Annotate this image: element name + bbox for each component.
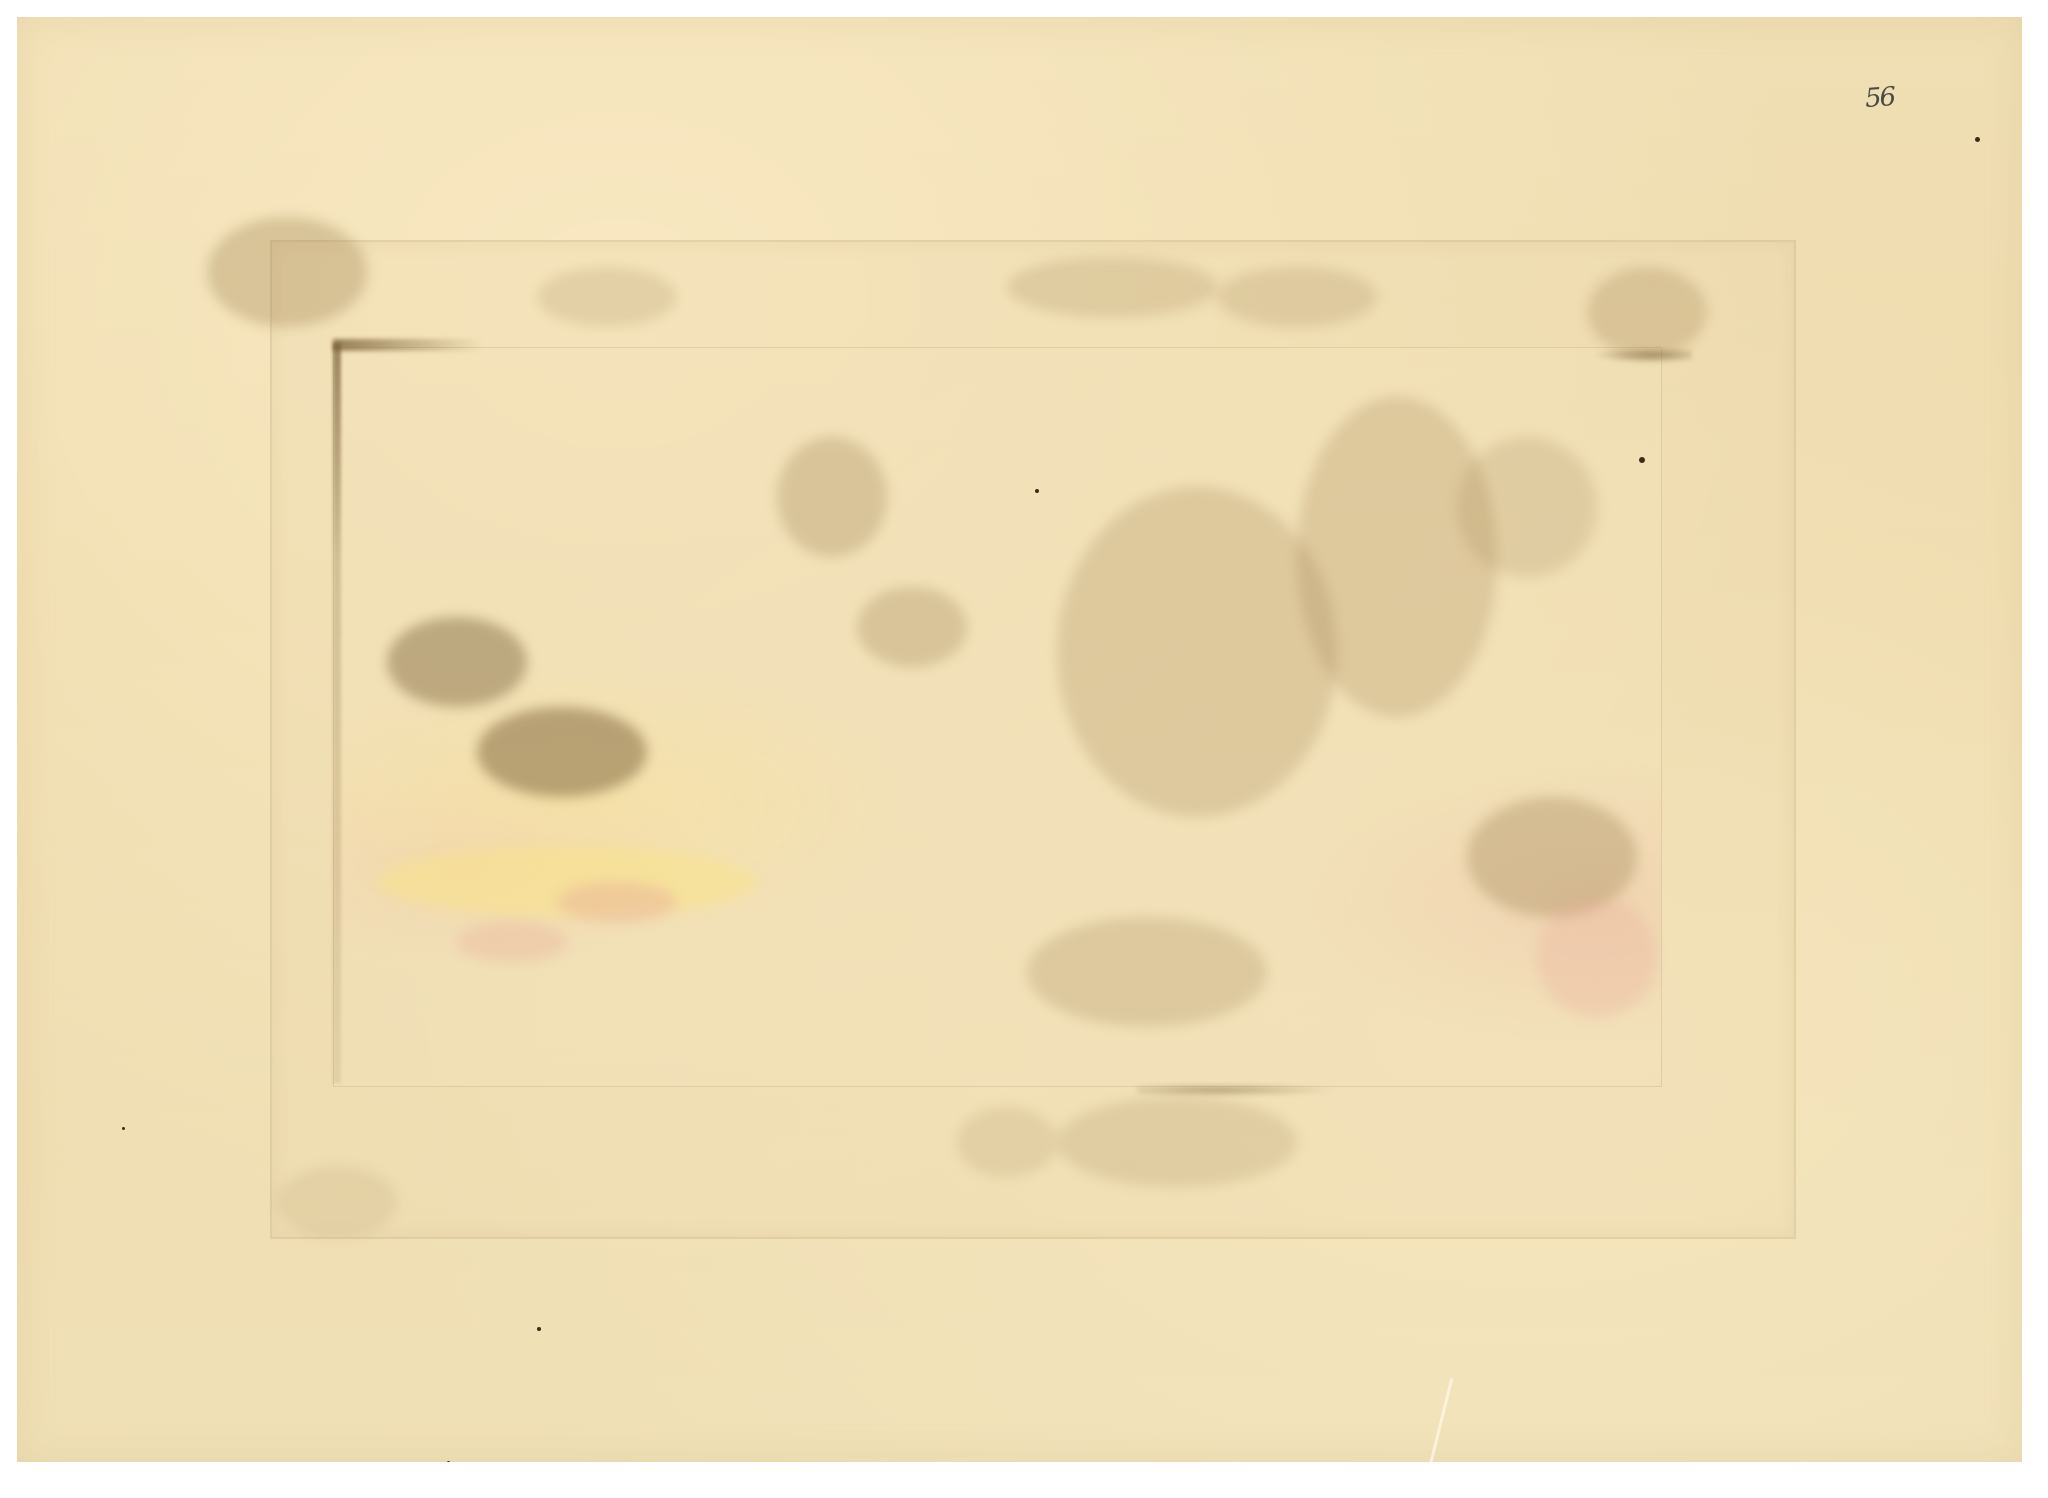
ink-speck (1639, 457, 1645, 463)
ink-speck (122, 1127, 125, 1130)
foxing-spot (857, 587, 967, 667)
ink-speck (537, 1327, 541, 1331)
plate-edge-stain-left (333, 343, 341, 1083)
foxing-spot (957, 1107, 1057, 1177)
foxing-spot (387, 617, 527, 707)
paper-sheet (17, 17, 2022, 1462)
scan-background: 56 (0, 0, 2048, 1498)
ink-speck (1035, 489, 1039, 493)
foxing-spot (777, 437, 887, 557)
pink-bleed (1537, 897, 1657, 1017)
foxing-spot (1457, 437, 1597, 577)
foxing-spot (1587, 267, 1707, 357)
foxing-spot (277, 1167, 397, 1237)
foxing-spot (207, 217, 367, 327)
handwritten-page-number: 56 (1864, 82, 1895, 114)
plate-edge-stain-bottom (1137, 1083, 1337, 1097)
foxing-spot (1007, 257, 1217, 317)
ink-speck (1975, 137, 1980, 142)
foxing-spot (1217, 267, 1377, 327)
foxing-spot (537, 267, 677, 327)
foxing-spot (477, 707, 647, 797)
pink-bleed (457, 922, 567, 962)
foxing-spot (1297, 397, 1497, 717)
ink-speck (447, 1461, 450, 1462)
foxing-spot (1027, 917, 1267, 1027)
foxing-spot (1057, 487, 1337, 817)
plate-edge-stain-top (333, 339, 483, 351)
foxing-spot (1057, 1097, 1297, 1187)
paper-crease (1424, 1378, 1454, 1462)
pink-bleed (557, 882, 677, 922)
